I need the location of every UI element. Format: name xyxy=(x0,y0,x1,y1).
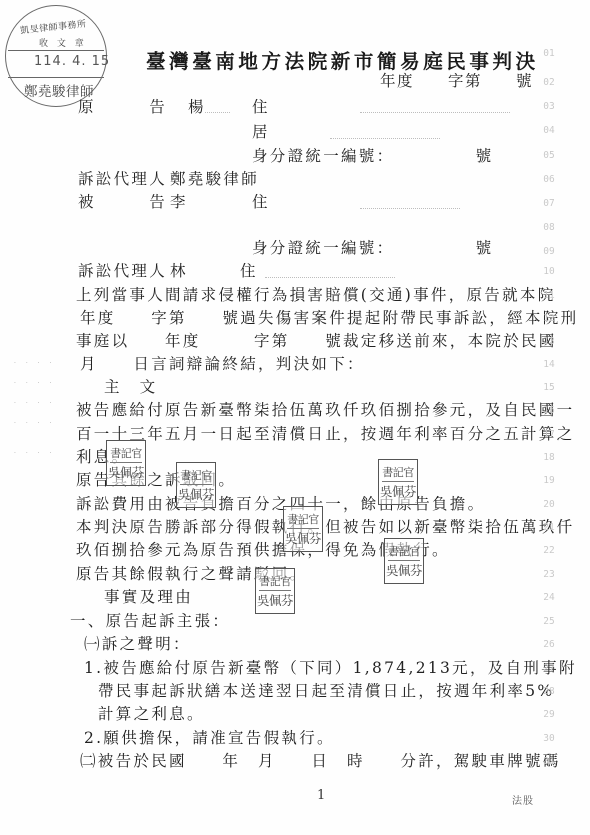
defendant-address-label: 住 xyxy=(252,192,270,212)
main-text-line-5: 訴訟費用由被告負擔百分之四十一，餘由原告負擔。 xyxy=(76,494,485,514)
stamp-firm-name: 凱旻律師事務所 xyxy=(20,17,88,37)
plaintiff-label: 原 告 xyxy=(78,97,167,117)
line-number: 02 xyxy=(539,77,559,88)
line-number: 09 xyxy=(539,246,559,257)
case-number: 年度 字第 號 xyxy=(380,71,533,91)
main-text-line-6: 本判決原告勝訴部分得假執行。但被告如以新臺幣柒拾伍萬玖仟 xyxy=(76,517,574,537)
department-label: 法股 xyxy=(512,792,534,807)
defendant-name: 李 xyxy=(170,192,188,212)
facts-line-1: 一、原告起訴主張： xyxy=(70,611,230,631)
line-number: 23 xyxy=(539,569,559,580)
line-number: 06 xyxy=(539,174,559,185)
line-number: 24 xyxy=(539,592,559,603)
line-number: 11 xyxy=(539,290,559,301)
facts-line-6: 2.願供擔保，請准宣告假執行。 xyxy=(84,728,335,748)
clerk-seal: 書記官 吳佩芬 xyxy=(378,459,418,505)
line-number: 16 xyxy=(539,405,559,416)
facts-line-3: 1.被告應給付原告新臺幣（下同）1,874,213元，及自刑事附 xyxy=(84,658,577,678)
clerk-seal: 書記官 吳佩芬 xyxy=(384,538,424,584)
redacted-text xyxy=(265,275,395,278)
line-number: 30 xyxy=(539,733,559,744)
document-title: 臺灣臺南地方法院新市簡易庭民事判決 xyxy=(146,46,539,74)
plaintiff-agent-name: 鄭堯駿律師 xyxy=(170,169,259,189)
line-number: 13 xyxy=(539,336,559,347)
intro-line-4: 月 日言詞辯論終結，判決如下： xyxy=(80,354,365,374)
line-number: 18 xyxy=(539,452,559,463)
plaintiff-id: 身分證統一編號： 號 xyxy=(252,146,493,166)
redacted-text xyxy=(360,206,460,209)
line-number: 21 xyxy=(539,522,559,533)
margin-marks: · · · · xyxy=(14,400,55,407)
line-number: 20 xyxy=(539,499,559,510)
facts-heading: 事實及理由 xyxy=(104,587,193,607)
line-number: 12 xyxy=(539,313,559,324)
defendant-label: 被 告 xyxy=(78,192,167,212)
line-number: 05 xyxy=(539,150,559,161)
clerk-seal: 書記官 吳佩芬 xyxy=(176,462,216,508)
defendant-id: 身分證統一編號： 號 xyxy=(252,238,493,258)
line-number: 08 xyxy=(539,222,559,233)
redacted-text xyxy=(205,110,230,113)
plaintiff-residence-label: 居 xyxy=(252,122,270,142)
line-number: 10 xyxy=(539,266,559,277)
line-number: 17 xyxy=(539,429,559,440)
plaintiff-name: 楊 xyxy=(188,97,206,117)
page-number: 1 xyxy=(317,788,325,803)
line-number: 25 xyxy=(539,616,559,627)
plaintiff-agent-label: 訴訟代理人 xyxy=(78,169,167,189)
line-number: 07 xyxy=(539,198,559,209)
intro-line-2: 年度 字第 號過失傷害案件提起附帶民事訴訟，經本院刑 xyxy=(80,308,578,328)
facts-line-7: ㈡被告於民國 年 月 日 時 分許，駕駛車牌號碼 xyxy=(80,751,561,771)
facts-line-4: 帶民事起訴狀繕本送達翌日起至清償日止，按週年利率5% xyxy=(98,681,554,701)
line-number: 29 xyxy=(539,709,559,720)
defendant-agent-label: 訴訟代理人 xyxy=(78,261,167,281)
margin-marks: · · · · xyxy=(14,380,55,387)
facts-line-5: 計算之利息。 xyxy=(98,704,205,724)
main-text-line-1: 被告應給付原告新臺幣柒拾伍萬玖仟玖佰捌拾參元，及自民國一 xyxy=(76,400,574,420)
judgment-page: 凱旻律師事務所 收 文 章 114. 4. 15 鄭堯駿律師 臺灣臺南地方法院新… xyxy=(0,0,590,835)
intro-line-1: 上列當事人間請求侵權行為損害賠償(交通)事件，原告就本院 xyxy=(76,285,556,305)
line-number: 01 xyxy=(539,48,559,59)
facts-line-2: ㈠訴之聲明： xyxy=(84,634,191,654)
stamp-receipt-label: 收 文 章 xyxy=(39,36,87,49)
law-firm-receipt-stamp: 凱旻律師事務所 收 文 章 114. 4. 15 鄭堯駿律師 xyxy=(5,5,107,107)
main-text-line-2: 百一十三年五月一日起至清償日止，按週年利率百分之五計算之 xyxy=(76,424,574,444)
clerk-seal: 書記官 吳佩芬 xyxy=(106,440,146,486)
line-number: 14 xyxy=(539,359,559,370)
defendant-agent-name: 林 xyxy=(170,261,188,281)
clerk-seal: 書記官 吳佩芬 xyxy=(283,506,323,552)
line-number: 03 xyxy=(539,101,559,112)
redacted-text xyxy=(360,110,510,113)
stamp-date: 114. 4. 15 xyxy=(34,54,110,69)
line-number: 22 xyxy=(539,545,559,556)
line-number: 28 xyxy=(539,686,559,697)
intro-line-3: 事庭以 年度 字第 號裁定移送前來，本院於民國 年 xyxy=(76,331,590,351)
margin-marks: · · · · xyxy=(14,360,55,367)
margin-marks: · · · · xyxy=(14,450,55,457)
line-number: 26 xyxy=(539,639,559,650)
defendant-agent-address-label: 住 xyxy=(240,261,258,281)
main-heading: 主 文 xyxy=(104,377,157,397)
clerk-seal: 書記官 吳佩芬 xyxy=(255,568,295,614)
line-number: 04 xyxy=(539,125,559,136)
plaintiff-address-label: 住 xyxy=(252,97,270,117)
margin-marks: · · · · xyxy=(14,420,55,427)
line-number: 27 xyxy=(539,663,559,674)
redacted-text xyxy=(330,136,440,139)
line-number: 15 xyxy=(539,382,559,393)
line-number: 31 xyxy=(539,756,559,767)
line-number: 19 xyxy=(539,475,559,486)
